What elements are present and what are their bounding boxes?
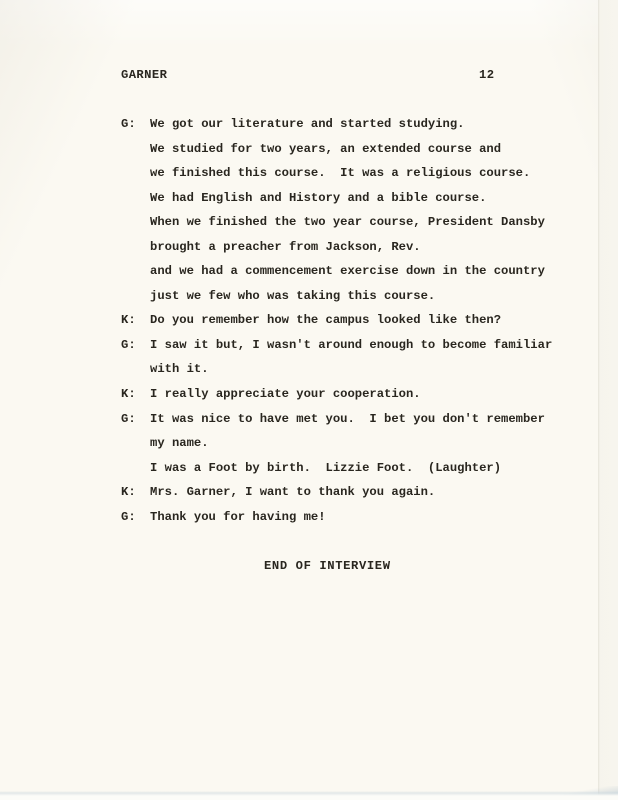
transcript-line: with it. bbox=[121, 361, 591, 386]
transcript-line: and we had a commencement exercise down … bbox=[121, 263, 591, 288]
transcript-line: G:It was nice to have met you. I bet you… bbox=[121, 411, 591, 436]
speaker-label: G: bbox=[121, 337, 150, 354]
transcript-line: We studied for two years, an extended co… bbox=[121, 141, 591, 166]
speaker-label: G: bbox=[121, 509, 150, 526]
transcript-line: K:Do you remember how the campus looked … bbox=[121, 312, 591, 337]
line-text: I was a Foot by birth. Lizzie Foot. (Lau… bbox=[150, 461, 501, 475]
line-text: When we finished the two year course, Pr… bbox=[150, 215, 545, 229]
transcript-line: I was a Foot by birth. Lizzie Foot. (Lau… bbox=[121, 460, 591, 485]
transcript-line: G:We got our literature and started stud… bbox=[121, 116, 591, 141]
page-header: GARNER 12 bbox=[0, 68, 618, 84]
transcript-line: G:I saw it but, I wasn't around enough t… bbox=[121, 337, 591, 362]
line-text: and we had a commencement exercise down … bbox=[150, 264, 545, 278]
line-text: I really appreciate your cooperation. bbox=[150, 387, 421, 401]
line-text: We studied for two years, an extended co… bbox=[150, 142, 501, 156]
line-text: It was nice to have met you. I bet you d… bbox=[150, 412, 545, 426]
paper-right-edge bbox=[598, 0, 618, 800]
transcript-line: just we few who was taking this course. bbox=[121, 288, 591, 313]
transcript-line: K:Mrs. Garner, I want to thank you again… bbox=[121, 484, 591, 509]
line-text: We had English and History and a bible c… bbox=[150, 191, 486, 205]
paper-bottom-edge bbox=[0, 791, 618, 800]
line-text: brought a preacher from Jackson, Rev. bbox=[150, 240, 421, 254]
page-number: 12 bbox=[479, 68, 494, 82]
line-text: Mrs. Garner, I want to thank you again. bbox=[150, 485, 435, 499]
speaker-label: G: bbox=[121, 116, 150, 133]
speaker-label: K: bbox=[121, 386, 150, 403]
speaker-label: K: bbox=[121, 484, 150, 501]
transcript-line: When we finished the two year course, Pr… bbox=[121, 214, 591, 239]
line-text: I saw it but, I wasn't around enough to … bbox=[150, 338, 552, 352]
speaker-label: G: bbox=[121, 411, 150, 428]
line-text: Thank you for having me! bbox=[150, 510, 326, 524]
transcript-line: K:I really appreciate your cooperation. bbox=[121, 386, 591, 411]
line-text: my name. bbox=[150, 436, 209, 450]
document-title: GARNER bbox=[121, 68, 167, 82]
line-text: Do you remember how the campus looked li… bbox=[150, 313, 501, 327]
transcript-line: brought a preacher from Jackson, Rev. bbox=[121, 239, 591, 264]
transcript-line: my name. bbox=[121, 435, 591, 460]
line-text: just we few who was taking this course. bbox=[150, 289, 435, 303]
end-of-interview-label: END OF INTERVIEW bbox=[264, 559, 391, 573]
line-text: We got our literature and started studyi… bbox=[150, 117, 465, 131]
line-text: we finished this course. It was a religi… bbox=[150, 166, 530, 180]
line-text: with it. bbox=[150, 362, 209, 376]
scanned-document-page: GARNER 12 G:We got our literature and st… bbox=[0, 0, 618, 800]
transcript-line: We had English and History and a bible c… bbox=[121, 190, 591, 215]
transcript-line: we finished this course. It was a religi… bbox=[121, 165, 591, 190]
interview-transcript: G:We got our literature and started stud… bbox=[121, 116, 591, 533]
transcript-line: G:Thank you for having me! bbox=[121, 509, 591, 534]
speaker-label: K: bbox=[121, 312, 150, 329]
